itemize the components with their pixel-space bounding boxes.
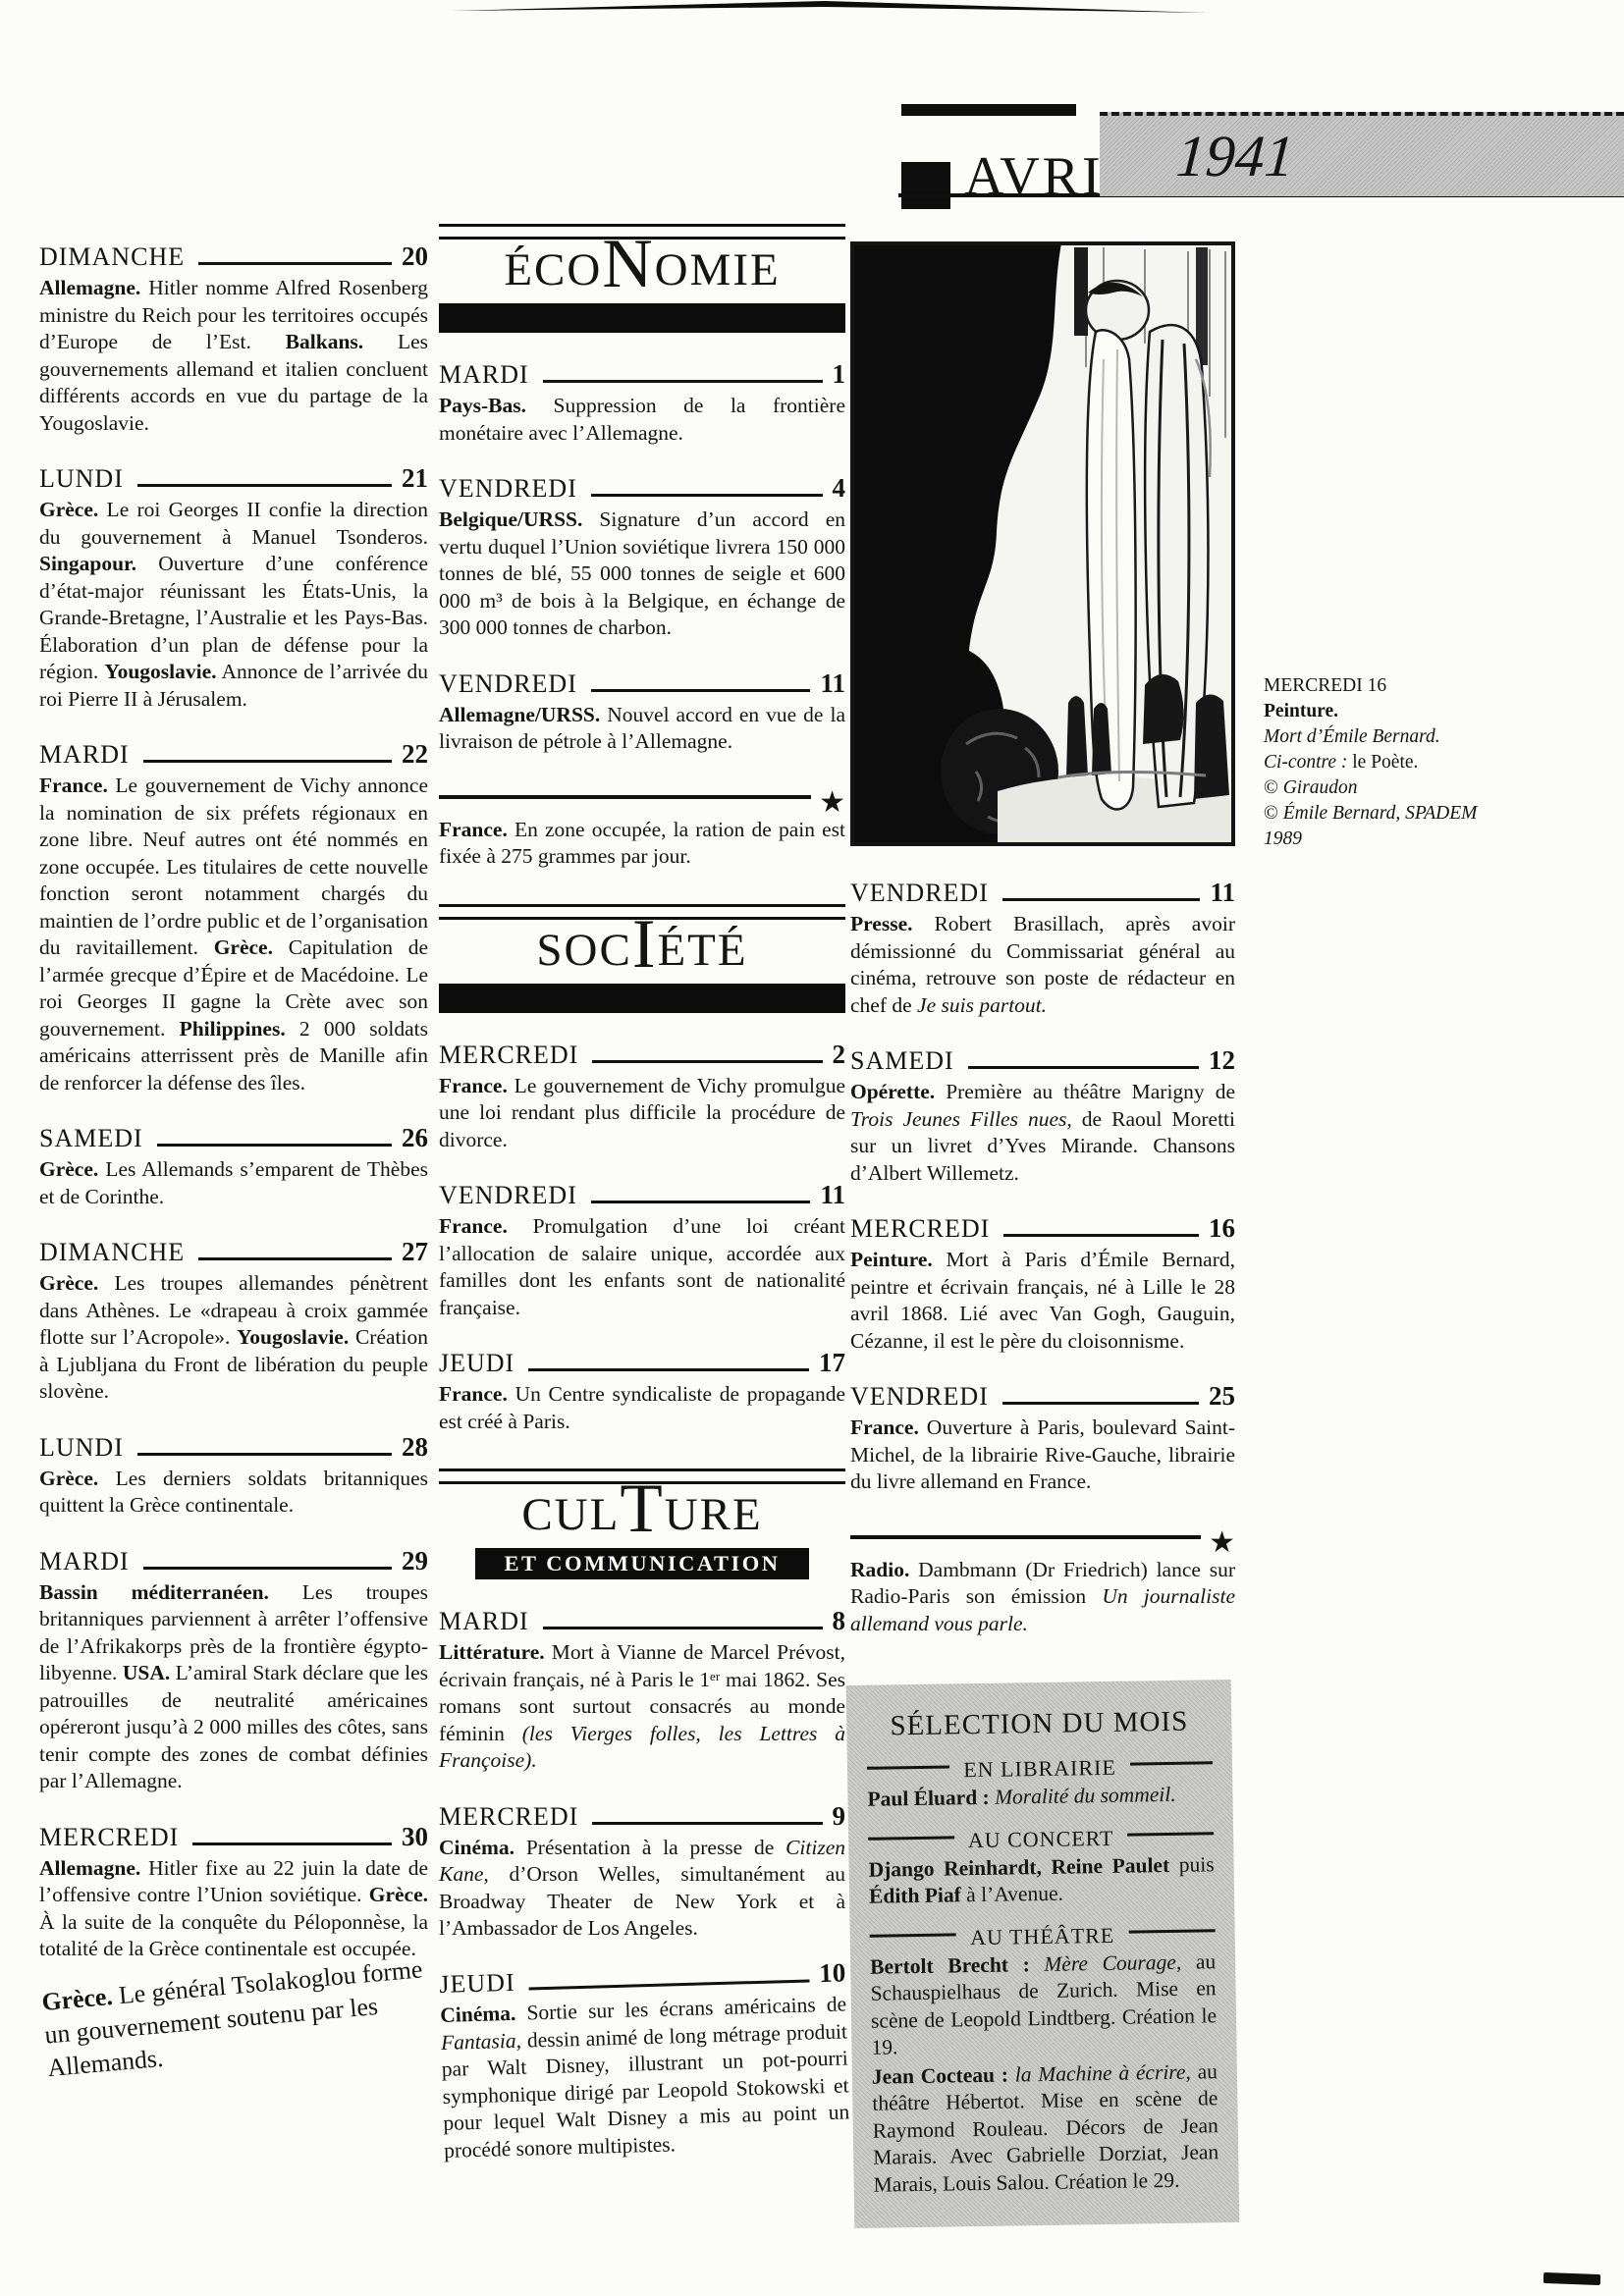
year-banner: 1941 [1100,112,1624,196]
star-icon: ★ [819,796,845,810]
text-segment: À la suite de la conquête du Péloponnèse… [39,1910,428,1961]
day-rule [528,1368,809,1371]
text-segment: Radio. [850,1558,909,1581]
day-header: MERCREDI2 [439,1040,845,1070]
entry-text: Allemagne. Hitler fixe au 22 juin la dat… [39,1855,428,1963]
day-name: MERCREDI [39,1823,179,1852]
text-segment: Grèce. [214,935,273,959]
entry-text: Opérette. Première au théâtre Marigny de… [850,1079,1235,1187]
section-bar [439,303,845,333]
painting-image [850,241,1235,846]
entry-text: Pays-Bas. Suppression de la frontière mo… [439,393,845,447]
section-title-big-letter: N [602,226,654,302]
day-number: 22 [402,739,428,770]
selection-heading: EN LIBRAIRIE [867,1753,1213,1785]
selection-groups: EN LIBRAIRIEPaul Éluard : Moralité du so… [867,1753,1219,2198]
text-segment: Grèce. [40,1982,113,2015]
rule-line [850,1535,1201,1539]
heading-rule-left [870,1933,956,1937]
entry-text: Belgique/URSS. Signature d’un accord en … [439,507,845,642]
entry-text: Grèce. Les derniers soldats britanniques… [39,1466,428,1520]
scan-artifact-top [432,0,1218,25]
text-segment: le Poète. [1347,752,1418,773]
entry-text: Peinture. Mort à Paris d’Émile Bernard, … [850,1247,1235,1355]
text-segment: Belgique/URSS. [439,507,582,531]
day-name: VENDREDI [850,879,989,908]
text-segment: à l’Avenue. [961,1882,1063,1907]
section-title-text: CUL [521,1489,620,1540]
text-segment: Bassin méditerranéen. [39,1580,269,1604]
date-entry: JEUDI10Cinéma. Sortie sur les écrans amé… [439,1957,850,2163]
date-entry: VENDREDI11Allemagne/URSS. Nouvel accord … [439,668,845,756]
column-middle-sections: ÉCONOMIEMARDI1Pays-Bas. Suppression de l… [439,224,845,2164]
text-segment: Opérette. [850,1080,935,1103]
selection-heading: AU THÉÂTRE [870,1921,1216,1952]
date-entry: MARDI29Bassin méditerranéen. Les troupes… [39,1546,428,1795]
entry-text: Radio. Dambmann (Dr Friedrich) lance sur… [850,1557,1235,1638]
day-rule [592,1822,822,1825]
text-segment: Grèce. [39,498,98,521]
star-rule: ★ [850,1535,1235,1550]
text-segment: Allemagne. [39,1856,140,1880]
day-header: SAMEDI26 [39,1123,428,1153]
section-title-text: OMIE [655,244,781,295]
entry-text: Grèce. Le roi Georges II confie la direc… [39,497,428,713]
star-entry: ★Radio. Dambmann (Dr Friedrich) lance su… [850,1535,1235,1638]
day-name: JEUDI [439,1967,515,1999]
day-name: VENDREDI [439,1181,577,1210]
text-segment: Le gouvernement de Vichy annonce la nomi… [39,774,428,959]
caption-line: © Giraudon [1264,775,1605,801]
day-name: SAMEDI [39,1124,143,1153]
date-entry: MERCREDI16Peinture. Mort à Paris d’Émile… [850,1213,1235,1355]
column-right: VENDREDI11Presse. Robert Brasillach, apr… [850,241,1235,2225]
day-header: LUNDI28 [39,1432,428,1463]
text-segment: Philippines. [180,1017,286,1041]
caption-line: Mort d’Émile Bernard. [1264,724,1605,750]
heading-rule-right [1128,1929,1215,1933]
entry-text: Bassin méditerranéen. Les troupes britan… [39,1579,428,1795]
text-segment: Cinéma. [439,1836,514,1859]
text-segment: Peinture. [850,1248,933,1271]
text-segment: © [1264,777,1283,798]
date-entry: LUNDI21Grèce. Le roi Georges II confie l… [39,463,428,713]
day-header: VENDREDI11 [850,878,1235,908]
text-segment: Première au théâtre Marigny de [935,1080,1235,1103]
entry-text: France. Ouverture à Paris, boulevard Sai… [850,1415,1235,1496]
section-title: SOCIÉTÉ [439,920,845,981]
day-rule [1002,898,1201,901]
day-header: SAMEDI12 [850,1045,1235,1076]
entry-text: Grèce. Les troupes allemandes pénètrent … [39,1270,428,1406]
heading-label: AU CONCERT [968,1825,1114,1852]
section-culture: CULTUREET COMMUNICATIONMARDI8Littérature… [439,1468,845,2164]
day-header: VENDREDI11 [439,668,845,699]
day-name: VENDREDI [439,474,577,504]
date-entry: SAMEDI26Grèce. Les Allemands s’emparent … [39,1123,428,1210]
date-entry: VENDREDI25France. Ouverture à Paris, bou… [850,1381,1235,1496]
caption-line: © Émile Bernard, SPADEM [1264,801,1605,827]
day-rule [591,689,811,692]
section-bar: ET COMMUNICATION [475,1548,808,1579]
day-number: 29 [402,1546,428,1576]
section-title-text: SOC [536,925,631,976]
star-rule: ★ [439,795,845,810]
text-segment: Giraudon [1283,777,1358,798]
text-segment: Présentation à la presse de [514,1836,785,1859]
day-name: MERCREDI [850,1214,990,1244]
day-name: VENDREDI [850,1382,989,1412]
text-segment: 1989 [1264,828,1302,849]
text-segment: Django Reinhardt, Reine Paulet [868,1852,1169,1881]
day-rule [592,1060,822,1063]
text-segment: Bertolt Brecht : [870,1952,1030,1979]
text-segment: d’Orson Welles, simultanément au Broadwa… [439,1862,845,1940]
day-header: DIMANCHE27 [39,1237,428,1267]
text-segment: Pays-Bas. [439,394,526,417]
day-rule [198,1257,392,1260]
heading-label: EN LIBRAIRIE [963,1755,1116,1783]
entry-text: Grèce. Les Allemands s’emparent de Thèbe… [39,1156,428,1210]
text-segment: Littérature. [439,1640,545,1664]
text-segment: France. [439,818,508,841]
year-label: 1941 [1174,123,1297,190]
day-name: MERCREDI [439,1041,578,1070]
day-header: MARDI1 [439,359,845,390]
scan-smudge-bottom [1543,2272,1600,2285]
section-title-big-letter: I [632,906,658,983]
date-entry: Grèce. Le général Tsolakoglou forme un g… [40,1951,448,2085]
day-name: JEUDI [439,1349,514,1378]
text-segment: Mère Courage, [1030,1949,1182,1975]
day-number: 27 [402,1237,428,1267]
text-segment: France. [39,774,108,797]
day-number: 4 [833,473,846,504]
photo-caption: MERCREDI 16Peinture.Mort d’Émile Bernard… [1264,673,1605,852]
day-number: 8 [833,1606,846,1636]
text-segment: Les Allemands s’emparent de Thèbes et de… [39,1157,428,1208]
selection-item: Bertolt Brecht : Mère Courage, au Schaus… [870,1949,1218,2062]
day-rule [137,1453,392,1456]
day-rule [198,262,392,265]
day-number: 10 [819,1957,846,1989]
text-segment: puis [1169,1852,1215,1877]
date-entry: MARDI8Littérature. Mort à Vianne de Marc… [439,1606,845,1775]
text-segment: MERCREDI 16 [1264,675,1386,696]
heading-rule-right [1127,1832,1214,1836]
text-segment: Allemagne. [39,276,140,299]
text-segment: Trois Jeunes Filles nues, [850,1107,1072,1131]
entry-text: France. Un Centre syndicaliste de propag… [439,1381,845,1435]
section-title-text: ÉCO [504,244,602,295]
heading-rule-left [868,1836,954,1840]
date-entry: MERCREDI9Cinéma. Présentation à la press… [439,1801,845,1943]
caption-line: MERCREDI 16 [1264,673,1605,699]
day-number: 25 [1209,1381,1235,1412]
text-segment: France. [439,1382,508,1406]
day-rule [192,1842,392,1845]
entry-text: Littérature. Mort à Vianne de Marcel Pré… [439,1639,845,1775]
header-top-bar [901,104,1076,116]
section-title-text: ÉTÉ [657,925,747,976]
day-header: MARDI29 [39,1546,428,1576]
selection-du-mois-box: SÉLECTION DU MOIS EN LIBRAIRIEPaul Éluar… [846,1680,1240,2228]
date-entry: VENDREDI11France. Promulgation d’une loi… [439,1180,845,1321]
day-rule [591,1201,811,1203]
text-segment: Cinéma. [440,2001,516,2026]
month-bullet-icon [901,162,950,209]
text-segment: Grèce. [39,1271,98,1295]
day-rule [143,1567,392,1570]
section-économie: ÉCONOMIEMARDI1Pays-Bas. Suppression de l… [439,224,845,871]
magazine-page: AVRIL 1941 DIMANCHE20Allemagne. Hitler n… [0,0,1624,2296]
section-société: SOCIÉTÉMERCREDI2France. Le gouvernement … [439,904,845,1436]
text-segment: France. [439,1074,508,1097]
date-entry: MARDI1Pays-Bas. Suppression de la fronti… [439,359,845,447]
day-name: MARDI [439,1607,529,1636]
day-number: 21 [402,463,428,494]
day-name: DIMANCHE [39,1238,185,1267]
selection-heading: AU CONCERT [868,1824,1214,1855]
day-name: MERCREDI [439,1802,578,1832]
entry-text: Cinéma. Présentation à la presse de Citi… [439,1835,845,1943]
caption-line: Peinture. [1264,699,1605,724]
text-segment: Grèce. [369,1883,428,1906]
date-entry: DIMANCHE20Allemagne. Hitler nomme Alfred… [39,241,428,437]
day-header: MERCREDI30 [39,1822,428,1852]
day-number: 30 [402,1822,428,1852]
text-segment: Les derniers soldats britanniques quitte… [39,1467,428,1518]
text-segment: Peinture. [1264,701,1338,721]
text-segment: Je suis partout. [917,993,1047,1017]
day-header: VENDREDI4 [439,473,845,504]
day-header: DIMANCHE20 [39,241,428,272]
text-segment: Fantasia, [441,2028,521,2054]
text-segment: Grèce. [39,1157,98,1181]
text-segment: Ci-contre : [1264,752,1347,773]
entry-text: Presse. Robert Brasillach, après avoir d… [850,911,1235,1019]
text-segment: USA. [123,1661,170,1684]
day-header: VENDREDI25 [850,1381,1235,1412]
day-rule [591,494,823,497]
entry-text: France. Le gouvernement de Vichy annonce… [39,773,428,1096]
day-rule [1003,1234,1199,1237]
text-segment: Yougoslavie. [104,660,216,683]
day-name: LUNDI [39,1433,124,1463]
date-entry: VENDREDI4Belgique/URSS. Signature d’un a… [439,473,845,642]
day-number: 11 [1210,878,1235,908]
date-entry: SAMEDI12Opérette. Première au théâtre Ma… [850,1045,1235,1187]
entry-text: Allemagne. Hitler nomme Alfred Rosenberg… [39,275,428,437]
day-name: LUNDI [39,464,124,494]
day-number: 12 [1209,1045,1235,1076]
text-segment: Le roi Georges II confie la direction du… [39,498,428,549]
day-name: VENDREDI [439,669,577,699]
day-number: 11 [820,668,845,699]
section-title: CULTURE [439,1484,845,1545]
day-rule [968,1066,1199,1069]
date-entry: JEUDI17France. Un Centre syndicaliste de… [439,1348,845,1435]
entry-text: Grèce. Le général Tsolakoglou forme un g… [40,1951,448,2085]
text-segment: Balkans. [286,330,363,353]
day-name: SAMEDI [850,1046,954,1076]
text-segment: Jean Cocteau : [872,2062,1008,2088]
section-title-big-letter: T [620,1470,664,1547]
day-rule [137,484,392,487]
text-segment: Paul Éluard : [867,1786,990,1811]
day-number: 26 [402,1123,428,1153]
text-segment: © [1264,803,1283,824]
day-number: 9 [833,1801,846,1832]
text-segment: Le général Tsolakoglou forme un gouverne… [43,1954,423,2081]
day-number: 11 [820,1180,845,1210]
day-rule [1002,1402,1199,1405]
date-entry: VENDREDI11Presse. Robert Brasillach, apr… [850,878,1235,1019]
text-segment: Yougoslavie. [237,1325,349,1349]
entry-text: Cinéma. Sortie sur les écrans américains… [440,1991,850,2163]
day-rule [543,1627,823,1629]
section-bar-label: ET COMMUNICATION [504,1551,780,1576]
column-right-entries: VENDREDI11Presse. Robert Brasillach, apr… [850,878,1235,1637]
month-name: AVRI [964,145,1104,208]
date-entry: DIMANCHE27Grèce. Les troupes allemandes … [39,1237,428,1406]
section-title-text: URE [665,1489,763,1540]
text-segment: Presse. [850,912,912,935]
selection-item: Django Reinhardt, Reine Paulet puis Édit… [868,1851,1215,1911]
day-rule [143,760,392,763]
date-entry: MARDI22France. Le gouvernement de Vichy … [39,739,428,1096]
day-name: MARDI [39,740,130,770]
day-rule [529,1979,810,1990]
day-header: LUNDI21 [39,463,428,494]
day-name: DIMANCHE [39,242,185,272]
day-name: MARDI [439,360,529,390]
date-entry: MERCREDI2France. Le gouvernement de Vich… [439,1040,845,1154]
rule-line [439,795,811,799]
entry-text: France. Promulgation d’une loi créant l’… [439,1213,845,1321]
text-segment: Singapour. [39,552,136,575]
heading-label: AU THÉÂTRE [970,1922,1114,1949]
date-entry: LUNDI28Grèce. Les derniers soldats brita… [39,1432,428,1520]
day-number: 16 [1209,1213,1235,1244]
entry-text: France. En zone occupée, la ration de pa… [439,817,845,871]
selection-item: Paul Éluard : Moralité du sommeil. [867,1781,1213,1813]
column-left-entries: DIMANCHE20Allemagne. Hitler nomme Alfred… [39,241,428,2085]
day-name: MARDI [39,1547,130,1576]
heading-rule-right [1130,1761,1213,1765]
entry-text: Allemagne/URSS. Nouvel accord en vue de … [439,702,845,756]
day-number: 20 [402,241,428,272]
day-number: 28 [402,1432,428,1463]
day-header: MARDI22 [39,739,428,770]
text-segment: Allemagne/URSS. [439,703,600,726]
day-number: 17 [819,1348,845,1378]
star-icon: ★ [1209,1536,1235,1550]
text-segment: Mort d’Émile Bernard. [1264,726,1440,747]
day-rule [157,1144,392,1147]
caption-line: 1989 [1264,827,1605,852]
entry-text: France. Le gouvernement de Vichy promulg… [439,1073,845,1154]
text-segment: la Machine à écrire, [1008,2059,1191,2086]
day-number: 1 [833,359,846,390]
text-segment: France. [439,1214,508,1238]
day-header: JEUDI17 [439,1348,845,1378]
text-segment: Émile Bernard, SPADEM [1283,803,1478,824]
text-segment: Moralité du sommeil. [990,1783,1176,1809]
text-segment: Édith Piaf [869,1883,961,1907]
day-number: 2 [833,1040,846,1070]
day-header: MERCREDI16 [850,1213,1235,1244]
caption-line: Ci-contre : le Poète. [1264,750,1605,775]
heading-rule-left [867,1765,949,1769]
day-header: MERCREDI9 [439,1801,845,1832]
selection-title: SÉLECTION DU MOIS [866,1705,1212,1743]
day-header: VENDREDI11 [439,1180,845,1210]
section-bar [439,984,845,1013]
text-segment: Grèce. [39,1467,98,1490]
text-segment: France. [850,1415,919,1439]
day-rule [543,380,823,383]
section-title: ÉCONOMIE [439,240,845,300]
day-header: MARDI8 [439,1606,845,1636]
star-entry: ★France. En zone occupée, la ration de p… [439,795,845,871]
date-entry: MERCREDI30Allemagne. Hitler fixe au 22 j… [39,1822,428,1963]
selection-item: Jean Cocteau : la Machine à écrire, au t… [872,2058,1219,2199]
